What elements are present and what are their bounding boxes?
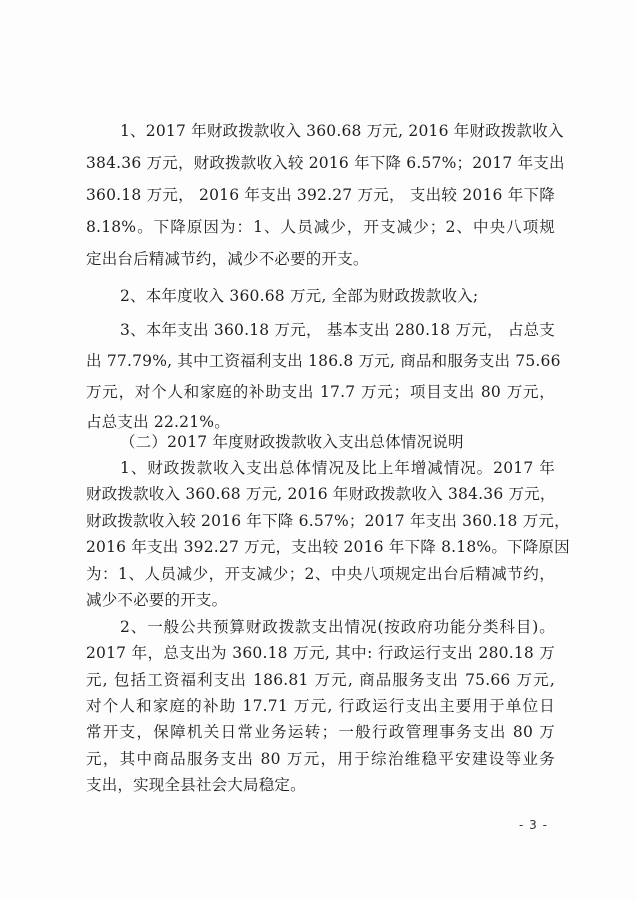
paragraph-line: 1、2017 年财政拨款收入 360.68 万元, 2016 年财政拨款收入 (120, 121, 555, 141)
paragraph-line: 常开支，保障机关日常业务运转；一般行政管理事务支出 80 万 (86, 722, 555, 742)
page-number: - 3 - (519, 818, 548, 832)
paragraph-line: 为：1、人员减少，开支减少；2、中央八项规定出台后精减节约， (86, 564, 555, 584)
paragraph-line: 384.36 万元，财政拨款收入较 2016 年下降 6.57%；2017 年支… (86, 153, 555, 173)
paragraph-line: 元, 包括工资福利支出 186.81 万元, 商品服务支出 75.66 万元, (86, 670, 555, 690)
document-page: 1、2017 年财政拨款收入 360.68 万元, 2016 年财政拨款收入 3… (0, 0, 636, 900)
paragraph-line: 万元，对个人和家庭的补助支出 17.7 万元；项目支出 80 万元， (86, 382, 555, 402)
paragraph-line: 1、财政拨款收入支出总体情况及比上年增减情况。2017 年 (120, 458, 555, 478)
paragraph-line: 财政拨款收入较 2016 年下降 6.57%；2017 年支出 360.18 万… (86, 511, 555, 531)
paragraph-line: 对个人和家庭的补助 17.71 万元, 行政运行支出主要用于单位日 (86, 696, 555, 716)
paragraph-line: 占总支出 22.21%。 (86, 412, 555, 432)
paragraph-line: 2016 年支出 392.27 万元，支出较 2016 年下降 8.18%。下降… (86, 537, 555, 557)
section-heading: （二）2017 年度财政拨款收入支出总体情况说明 (120, 432, 555, 452)
paragraph-line: 财政拨款收入 360.68 万元, 2016 年财政拨款收入 384.36 万元… (86, 484, 555, 504)
paragraph-line: 2、一般公共预算财政拨款支出情况(按政府功能分类科目)。 (120, 617, 555, 637)
paragraph-line: 2、本年度收入 360.68 万元, 全部为财政拨款收入; (120, 286, 555, 306)
paragraph-line: 出 77.79%, 其中工资福利支出 186.8 万元, 商品和服务支出 75.… (86, 351, 555, 371)
paragraph-line: 减少不必要的开支。 (86, 590, 555, 610)
paragraph-line: 定出台后精减节约，减少不必要的开支。 (86, 249, 555, 269)
paragraph-line: 360.18 万元， 2016 年支出 392.27 万元， 支出较 2016 … (86, 185, 555, 205)
paragraph-line: 支出，实现全县社会大局稳定。 (86, 775, 555, 795)
paragraph-line: 2017 年，总支出为 360.18 万元, 其中: 行政运行支出 280.18… (86, 643, 555, 663)
paragraph-line: 8.18%。下降原因为：1、人员减少，开支减少；2、中央八项规 (86, 217, 555, 237)
paragraph-line: 3、本年支出 360.18 万元， 基本支出 280.18 万元， 占总支 (120, 320, 555, 340)
paragraph-line: 元，其中商品服务支出 80 万元，用于综治维稳平安建设等业务 (86, 749, 555, 769)
